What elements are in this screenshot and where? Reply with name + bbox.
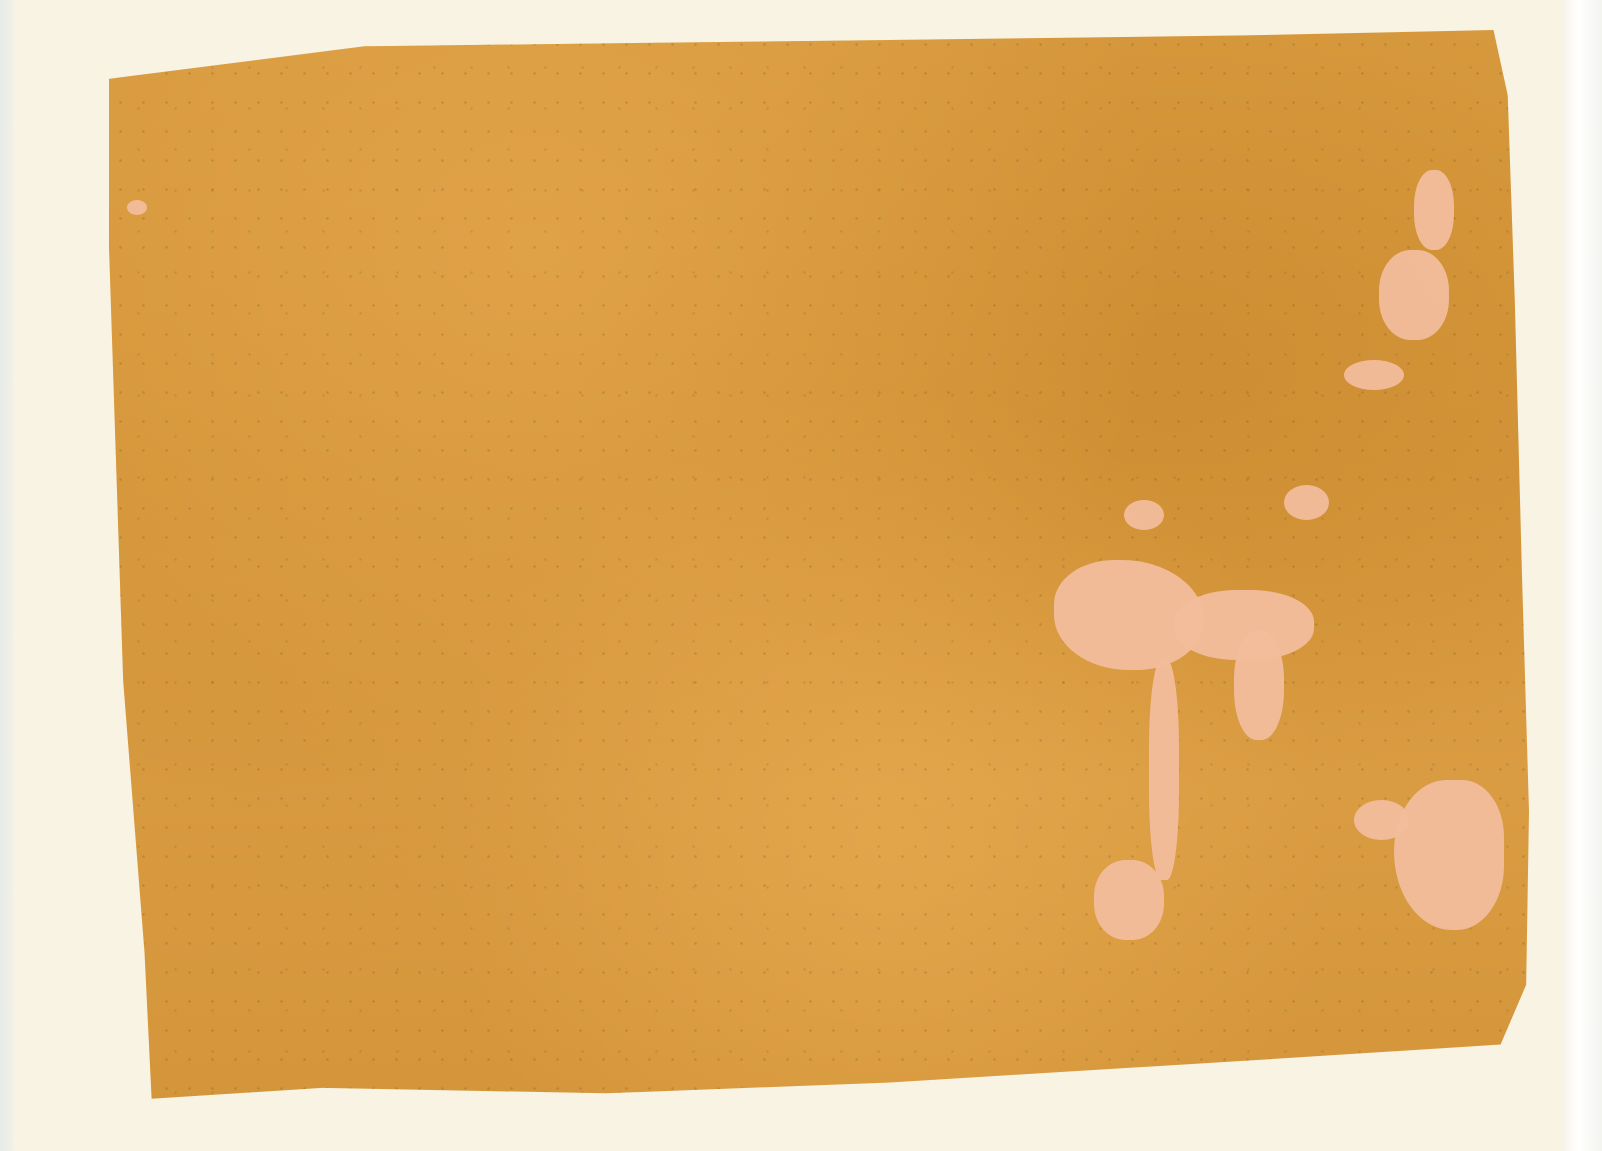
ochre-wash	[109, 30, 1529, 1115]
scanner-edge-right	[1562, 0, 1602, 1151]
resist-patch	[1379, 250, 1449, 340]
scanner-edge-left	[0, 0, 14, 1151]
resist-patch	[1344, 360, 1404, 390]
resist-patch	[127, 200, 147, 215]
resist-patch	[1124, 500, 1164, 530]
resist-patch	[1284, 485, 1329, 520]
resist-patch	[1094, 860, 1164, 940]
paint-speckle	[109, 30, 1529, 1115]
resist-patch	[1149, 660, 1179, 880]
resist-patch	[1234, 630, 1284, 740]
resist-patch	[1414, 170, 1454, 250]
resist-patch	[1354, 800, 1409, 840]
paper-sheet	[14, 0, 1564, 1151]
resist-patch	[1394, 780, 1504, 930]
